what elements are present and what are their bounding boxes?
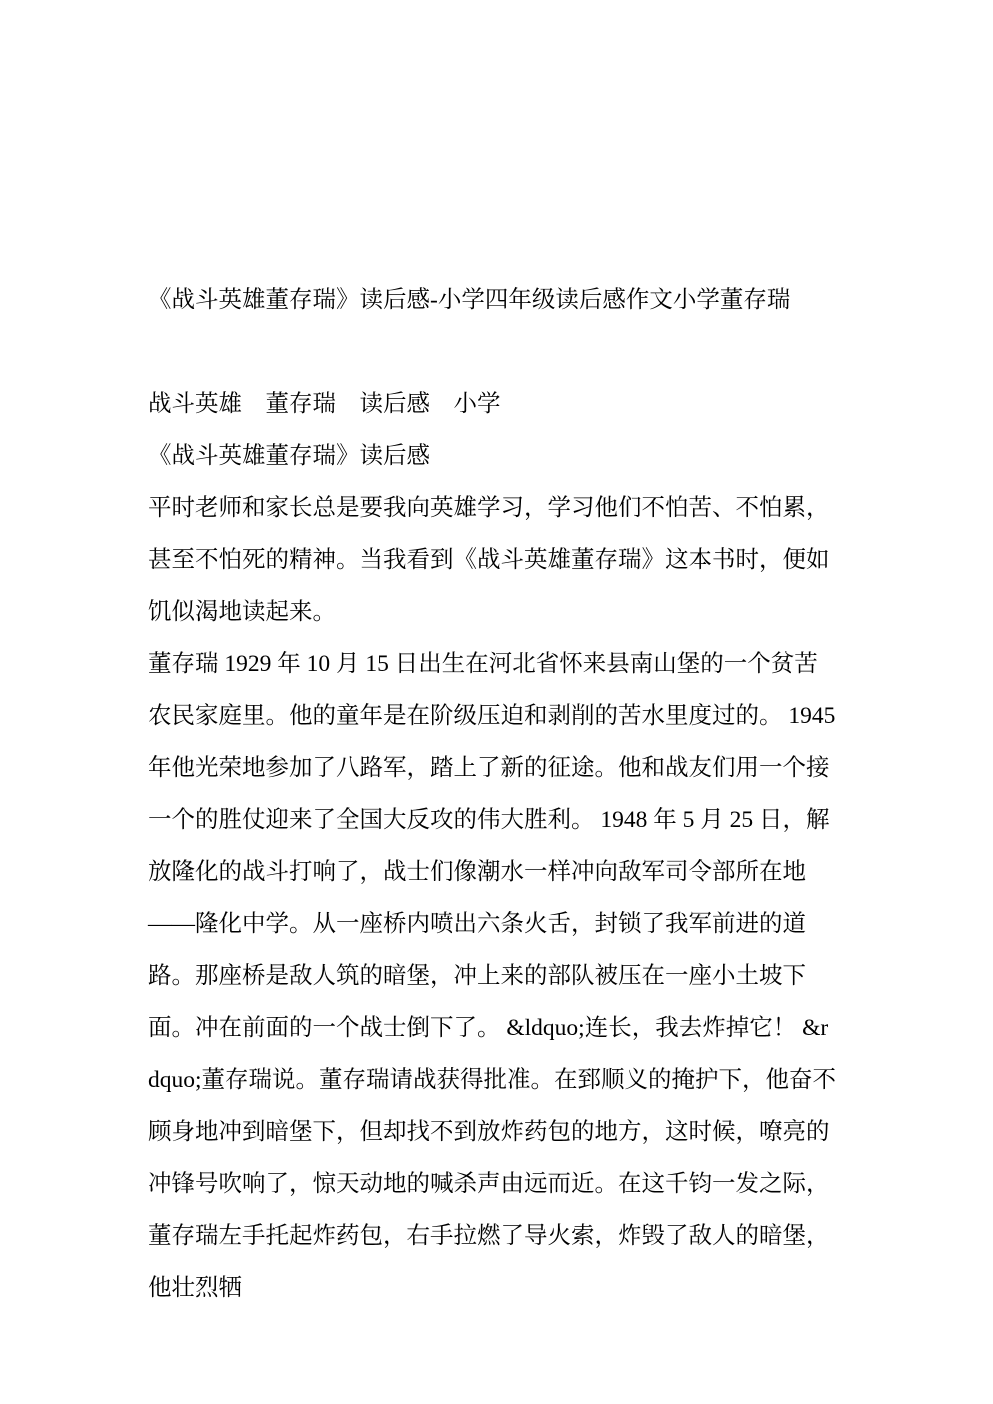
keywords-line: 战斗英雄 董存瑞 读后感 小学 — [148, 378, 837, 430]
document-page: 《战斗英雄董存瑞》读后感-小学四年级读后感作文小学董存瑞 战斗英雄 董存瑞 读后… — [0, 0, 993, 1404]
paragraph-intro: 平时老师和家长总是要我向英雄学习，学习他们不怕苦、不怕累，甚至不怕死的精神。当我… — [148, 482, 837, 638]
essay-title: 《战斗英雄董存瑞》读后感 — [148, 430, 837, 482]
document-title: 《战斗英雄董存瑞》读后感-小学四年级读后感作文小学董存瑞 — [148, 274, 837, 326]
paragraph-story: 董存瑞 1929 年 10 月 15 日出生在河北省怀来县南山堡的一个贫苦农民家… — [148, 638, 837, 1314]
